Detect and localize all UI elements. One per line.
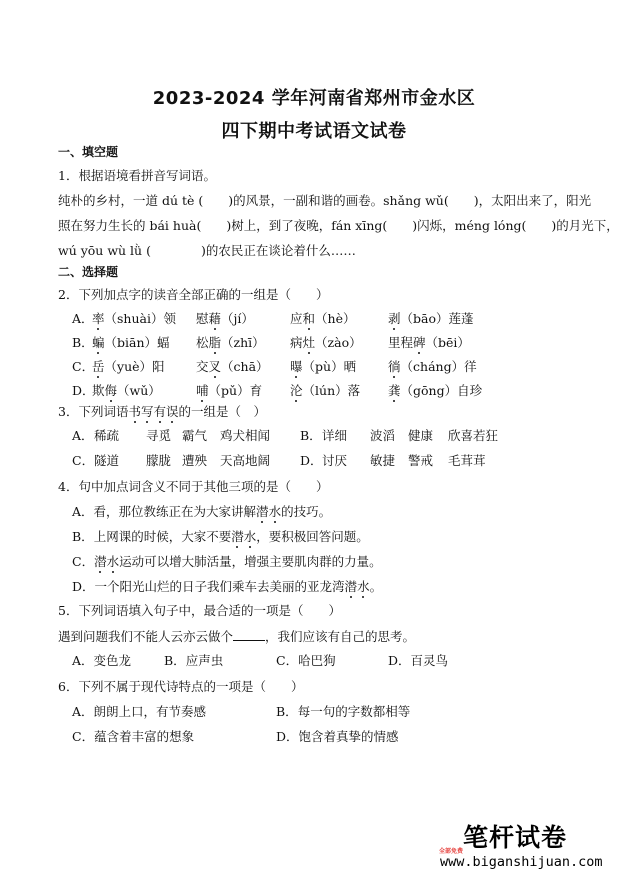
q2-option-item: 交叉（chā）	[196, 359, 269, 375]
item-suffix: （pù）晒	[303, 359, 357, 374]
option-label: C．	[276, 653, 298, 668]
q3-option-word: 鸡犬相闻	[220, 428, 270, 444]
item-suffix: （lún）落	[303, 383, 361, 398]
q4-option: B．上网课的时候，大家不要潜水，要积极回答问题。	[72, 529, 369, 545]
emphasized-char: 曝	[290, 359, 303, 374]
q4-option: A．看，那位教练正在为大家讲解潜水的技巧。	[72, 504, 331, 520]
item-prefix: 应	[290, 311, 303, 326]
q6-option: C．蕴含着丰富的想象	[72, 729, 194, 745]
q5-blank	[233, 628, 265, 641]
q5-option: B．应声虫	[164, 653, 223, 669]
item-suffix: （bāo）莲蓬	[401, 311, 474, 326]
q2-option-label: C．	[72, 359, 94, 375]
emphasized-char: 水	[357, 579, 370, 594]
q6-stem: 6．下列不属于现代诗特点的一项是（ ）	[58, 679, 303, 695]
item-prefix: 里程	[388, 335, 413, 350]
q3-option-word: 毛茸茸	[448, 453, 486, 469]
q3-option-word: 警戒	[408, 453, 433, 469]
option-label: B．	[276, 704, 298, 719]
q3-option-word: 健康	[408, 428, 433, 444]
option-label: A．	[72, 704, 94, 719]
option-text: 每一句的字数都相等	[298, 704, 411, 719]
watermark-brand: 笔杆试卷	[463, 818, 567, 854]
q3-option-word: 朦胧	[146, 453, 171, 469]
q1-text-line1: 纯朴的乡村，一道 dú tè ( )的风景，一副和谐的画卷。shǎng wǔ( …	[58, 193, 591, 209]
item-prefix: 松	[196, 335, 209, 350]
q3-stem: 3．下列词语书写有误的一组是（ ）	[58, 404, 266, 420]
item-suffix: （jí）	[221, 311, 254, 326]
emphasized-char: 哺	[196, 383, 209, 398]
q3-option-word: 霸气	[182, 428, 207, 444]
q2-option-item: 慰藉（jí）	[196, 311, 254, 327]
option-text-pre: 上网课的时候，大家不要	[94, 529, 232, 544]
item-suffix: （bēi）	[426, 335, 470, 350]
q3-option-word: 稀疏	[94, 428, 119, 444]
q6-option: B．每一句的字数都相等	[276, 704, 410, 720]
q2-stem: 2．下列加点字的读音全部正确的一组是（ ）	[58, 287, 328, 303]
emphasized-char: 蝙	[92, 335, 105, 350]
option-label: B．	[164, 653, 186, 668]
option-text: 朗朗上口，有节奏感	[94, 704, 207, 719]
emphasized-char: 叉	[209, 359, 222, 374]
q3-option-word: 寻觅	[146, 428, 171, 444]
q2-option-item: 应和（hè）	[290, 311, 355, 327]
emphasized-char: 碑	[413, 335, 426, 350]
emphasized-char: 徜	[388, 359, 401, 374]
q3-option-word: 讨厌	[322, 453, 347, 469]
emphasized-char: 潜	[256, 504, 269, 519]
option-label: D．	[72, 579, 95, 594]
emphasized-char: 水	[244, 529, 257, 544]
emphasized-char: 水	[107, 554, 120, 569]
q2-option-item: 龚（gōng）自珍	[388, 383, 482, 399]
q4-stem: 4．句中加点词含义不同于其他三项的是（ ）	[58, 479, 328, 495]
emphasized-char: 脂	[209, 335, 222, 350]
option-text: 哈巴狗	[298, 653, 336, 668]
option-label: C．	[72, 554, 94, 569]
item-suffix: （zào）	[315, 335, 362, 350]
q3-option-label: C．	[72, 453, 94, 469]
option-label: D．	[276, 729, 299, 744]
option-text: 百灵鸟	[411, 653, 449, 668]
option-label: C．	[72, 729, 94, 744]
q2-option-item: 徜（cháng）徉	[388, 359, 477, 375]
emphasized-char: 岳	[92, 359, 105, 374]
option-text-pre: 看，那位教练正在为大家讲解	[94, 504, 257, 519]
item-suffix: （hè）	[315, 311, 355, 326]
emphasized-char: 灶	[303, 335, 316, 350]
q2-option-item: 病灶（zào）	[290, 335, 362, 351]
emphasized-char: 潜	[94, 554, 107, 569]
q6-option: D．饱含着真挚的情感	[276, 729, 399, 745]
item-prefix: 慰	[196, 311, 209, 326]
q3-option-word: 天高地阔	[220, 453, 270, 469]
q6-option: A．朗朗上口，有节奏感	[72, 704, 206, 720]
q2-option-label: B．	[72, 335, 94, 351]
q2-option-item: 沦（lún）落	[290, 383, 360, 399]
q5-option: A．变色龙	[72, 653, 131, 669]
emphasized-char: 率	[92, 311, 105, 326]
emphasized-char: 潜	[231, 529, 244, 544]
option-text: 变色龙	[94, 653, 132, 668]
q2-option-item: 里程碑（bēi）	[388, 335, 470, 351]
q5-option: C．哈巴狗	[276, 653, 336, 669]
q3-option-word: 遭殃	[182, 453, 207, 469]
q3-option-word: 敏捷	[370, 453, 395, 469]
exam-title-line2: 四下期中考试语文试卷	[0, 117, 628, 143]
q2-option-label: A．	[72, 311, 94, 327]
option-label: B．	[72, 529, 94, 544]
emphasized-char: 藉	[209, 311, 222, 326]
q3-option-label: A．	[72, 428, 94, 444]
option-text: 饱含着真挚的情感	[299, 729, 399, 744]
item-suffix: （zhī）	[221, 335, 265, 350]
q1-text-line3: wú yōu wù lǜ ( )的农民正在谈论着什么……	[58, 243, 356, 259]
item-suffix: （yuè）阳	[105, 359, 165, 374]
item-suffix: （biān）蝠	[105, 335, 170, 350]
q1-text-line2: 照在努力生长的 bái huà( )树上，到了夜晚，fán xīng( )闪烁，…	[58, 218, 619, 234]
q5-option: D．百灵鸟	[388, 653, 448, 669]
option-text-pre: 一个阳光山烂的日子我们乘车去美丽的亚龙湾	[95, 579, 345, 594]
option-text: 蕴含着丰富的想象	[94, 729, 194, 744]
q2-option-item: 岳（yuè）阳	[92, 359, 165, 375]
emphasized-char: 龚	[388, 383, 401, 398]
q5-stem: 5．下列词语填入句子中，最合适的一项是（ ）	[58, 603, 341, 619]
option-text-post: 的技巧。	[281, 504, 331, 519]
item-prefix: 欺	[92, 383, 105, 398]
item-suffix: （pǔ）育	[209, 383, 263, 398]
option-text-post: 运动可以增大肺活量，增强主要肌肉群的力量。	[119, 554, 382, 569]
q2-option-item: 蝙（biān）蝠	[92, 335, 170, 351]
option-label: D．	[388, 653, 411, 668]
q2-option-item: 哺（pǔ）育	[196, 383, 262, 399]
section-heading-fill-blank: 一、填空题	[58, 144, 118, 160]
q1-stem: 1．根据语境看拼音写词语。	[58, 168, 216, 184]
exam-page: 2023-2024 学年河南省郑州市金水区 四下期中考试语文试卷 一、填空题 1…	[0, 0, 628, 891]
item-prefix: 交	[196, 359, 209, 374]
item-suffix: （gōng）自珍	[401, 383, 483, 398]
exam-title-line1: 2023-2024 学年河南省郑州市金水区	[0, 84, 628, 110]
q3-option-label: D．	[300, 453, 323, 469]
emphasized-char: 剥	[388, 311, 401, 326]
item-suffix: （cháng）徉	[401, 359, 477, 374]
q2-option-item: 松脂（zhī）	[196, 335, 265, 351]
emphasized-char: 和	[303, 311, 316, 326]
option-text-post: ，要积极回答问题。	[256, 529, 369, 544]
q3-option-word: 详细	[322, 428, 347, 444]
option-label: A．	[72, 653, 94, 668]
q3-option-label: B．	[300, 428, 322, 444]
emphasized-char: 潜	[345, 579, 358, 594]
option-text: 应声虫	[186, 653, 224, 668]
watermark-url: www.biganshijuan.com	[440, 854, 603, 870]
q3-option-word: 波滔	[370, 428, 395, 444]
item-suffix: （shuài）领	[105, 311, 176, 326]
emphasized-char: 沦	[290, 383, 303, 398]
q4-option: C．潜水运动可以增大肺活量，增强主要肌肉群的力量。	[72, 554, 382, 570]
emphasized-char: 水	[269, 504, 282, 519]
q2-option-item: 率（shuài）领	[92, 311, 176, 327]
q4-option: D．一个阳光山烂的日子我们乘车去美丽的亚龙湾潜水。	[72, 579, 382, 595]
q2-option-item: 曝（pù）晒	[290, 359, 356, 375]
q2-option-item: 剥（bāo）莲蓬	[388, 311, 474, 327]
q2-option-item: 欺侮（wǔ）	[92, 383, 161, 399]
q5-sentence: 遇到问题我们不能人云亦云做个，我们应该有自己的思考。	[58, 628, 415, 645]
emphasized-char: 侮	[105, 383, 118, 398]
section-heading-choice: 二、选择题	[58, 264, 118, 280]
item-suffix: （wǔ）	[117, 383, 161, 398]
q3-option-word: 欣喜若狂	[448, 428, 498, 444]
option-text-post: 。	[370, 579, 383, 594]
item-suffix: （chā）	[221, 359, 269, 374]
option-label: A．	[72, 504, 94, 519]
q3-option-word: 隧道	[94, 453, 119, 469]
item-prefix: 病	[290, 335, 303, 350]
